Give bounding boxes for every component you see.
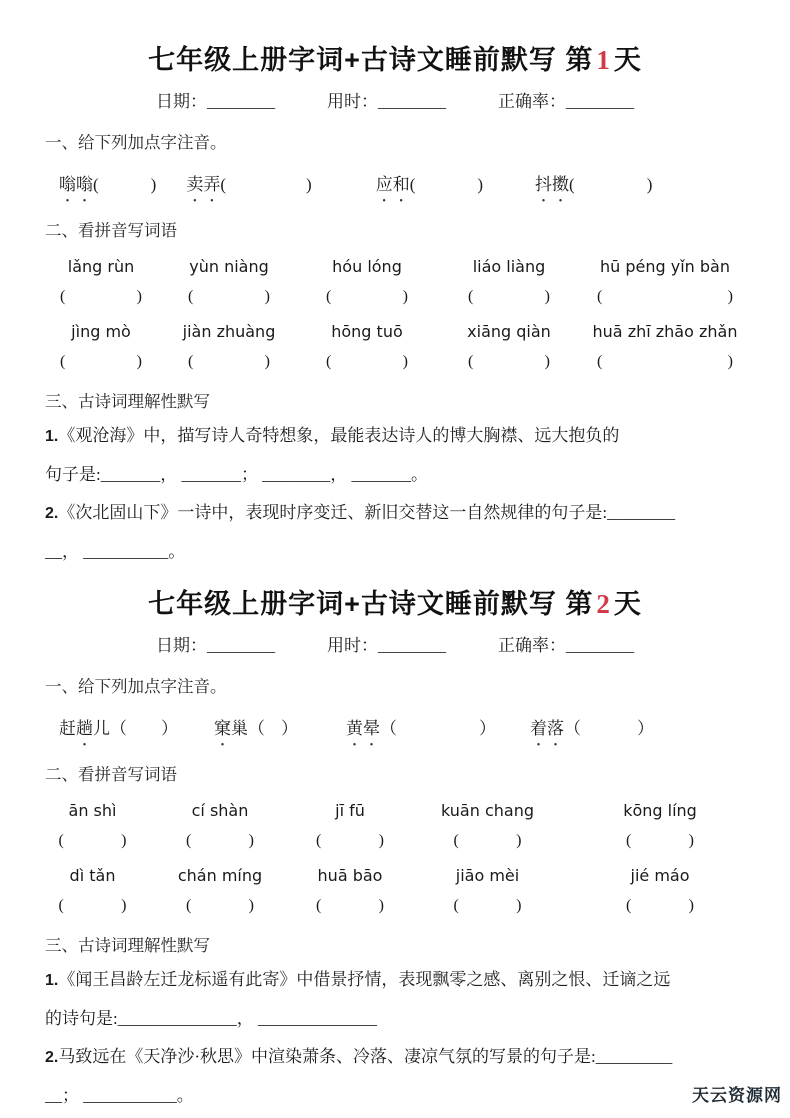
zhuyin-char: 窠: [214, 714, 231, 739]
zhuyin-char: 赶: [59, 714, 76, 739]
paren-open: (: [186, 897, 191, 915]
pinyin-word-row: jìng mòjiàn zhuànghōng tuōxiāng qiànhuā …: [45, 322, 745, 341]
pinyin-word: hóu lóng: [301, 257, 433, 276]
paren-open: (: [569, 175, 575, 194]
paren-cell: (): [575, 897, 745, 915]
question-number: 2.: [45, 505, 58, 522]
answer-blank: (): [60, 288, 142, 306]
pinyin-word: jiāo mèi: [400, 866, 575, 885]
paren-cell: (): [433, 353, 585, 371]
answer-blank: (): [468, 353, 550, 371]
paren-row: ()()()()(): [45, 897, 745, 915]
paren-close: ): [728, 353, 733, 371]
answer-blank: (): [188, 288, 270, 306]
paren-close: ): [379, 897, 384, 915]
meta-label: 用时：: [327, 636, 378, 655]
paren-close: ): [306, 175, 312, 194]
paren-close: ）: [479, 719, 496, 738]
pinyin-word: liáo liàng: [433, 257, 585, 276]
meta-item: 正确率：________: [498, 87, 634, 112]
question-text: 《次北固山下》一诗中，表现时序变迁、新旧交替这一自然规律的句子是:_______…: [58, 503, 675, 522]
meta-blank: ________: [207, 92, 275, 111]
zhuyin-char: 抖: [535, 170, 552, 195]
meta-label: 日期：: [156, 92, 207, 111]
page-title: 七年级上册字词+古诗文睡前默写 第1天: [45, 40, 745, 80]
watermark: 天云资源网: [692, 1081, 782, 1106]
answer-blank: (): [59, 832, 127, 850]
meta-label: 正确率：: [498, 636, 566, 655]
zhuyin-char: 晕: [363, 714, 380, 739]
pinyin-area: lǎng rùnyùn niànghóu lóngliáo liànghū pé…: [45, 257, 745, 371]
title-prefix: 七年级上册字词+古诗文睡前默写 第: [148, 45, 593, 75]
paren-cell: (): [45, 353, 157, 371]
zhuyin-item: 卖弄(): [186, 170, 311, 200]
paren-open: （: [248, 719, 265, 738]
meta-label: 用时：: [327, 92, 378, 111]
question-line: 1.《闻王昌龄左迁龙标遥有此寄》中借景抒情，表现飘零之感、离别之恨、迁谪之远: [45, 962, 745, 999]
question-text: 《观沧海》中，描写诗人奇特想象，最能表达诗人的博大胸襟、远大抱负的: [58, 426, 619, 445]
answer-blank: (): [454, 897, 522, 915]
zhuyin-item: 窠巢（）: [214, 714, 298, 744]
paren-close: ): [137, 288, 142, 306]
question-text: 马致远在《天净沙·秋思》中渲染萧条、冷落、凄凉气氛的写景的句子是:_______…: [58, 1047, 672, 1066]
answer-blank: (): [597, 288, 733, 306]
paren-close: ): [121, 832, 126, 850]
paren-close: ): [151, 175, 157, 194]
pinyin-word: lǎng rùn: [45, 257, 157, 276]
paren-cell: (): [400, 832, 575, 850]
zhuyin-row: 赶趟儿（）窠巢（）黄晕（）着落（）: [45, 714, 745, 744]
answer-blank: (): [454, 832, 522, 850]
paren-cell: (): [585, 353, 745, 371]
paren-open: (: [186, 832, 191, 850]
pinyin-word: xiāng qiàn: [433, 322, 585, 341]
meta-row: 日期：________用时：________正确率：________: [45, 631, 745, 656]
section2-heading: 二、看拼音写词语: [45, 761, 745, 785]
paren-close: ): [545, 353, 550, 371]
paren-cell: (): [575, 832, 745, 850]
paren-close: ）: [637, 719, 654, 738]
pinyin-word-row: lǎng rùnyùn niànghóu lóngliáo liànghū pé…: [45, 257, 745, 276]
question-number: 1.: [45, 972, 58, 989]
answer-blank: (): [316, 832, 384, 850]
pinyin-word: yùn niàng: [157, 257, 301, 276]
meta-label: 正确率：: [498, 92, 566, 111]
zhuyin-char: 巢: [231, 714, 248, 739]
zhuyin-item: 抖擞(): [535, 170, 652, 200]
zhuyin-char: 弄: [203, 170, 220, 195]
paren-open: (: [597, 353, 602, 371]
question-continuation: 句子是:_______， _______； ________， _______。: [45, 455, 745, 495]
paren-close: ): [137, 353, 142, 371]
paren-open: (: [60, 353, 65, 371]
title-day-number: 1: [593, 45, 614, 75]
paren-cell: (): [433, 288, 585, 306]
paren-open: (: [316, 832, 321, 850]
paren-open: (: [626, 897, 631, 915]
paren-open: (: [326, 353, 331, 371]
zhuyin-char: 趟: [76, 714, 93, 739]
questions: 1.《观沧海》中，描写诗人奇特想象，最能表达诗人的博大胸襟、远大抱负的句子是:_…: [45, 418, 745, 572]
paren-open: (: [626, 832, 631, 850]
paren-open: (: [597, 288, 602, 306]
question-continuation: __； ___________。: [45, 1076, 745, 1116]
paren-cell: (): [45, 897, 140, 915]
meta-blank: ________: [378, 636, 446, 655]
meta-item: 用时：________: [327, 87, 446, 112]
paren-open: (: [220, 175, 226, 194]
pinyin-word: dì tǎn: [45, 866, 140, 885]
zhuyin-char: 着: [530, 714, 547, 739]
paren-close: ): [403, 288, 408, 306]
paren-cell: (): [157, 288, 301, 306]
pinyin-word: chán míng: [140, 866, 300, 885]
answer-blank: (): [326, 353, 408, 371]
pinyin-word: cí shàn: [140, 801, 300, 820]
title-day-number: 2: [593, 589, 614, 619]
paren-open: (: [93, 175, 99, 194]
paren-close: ）: [281, 719, 298, 738]
title-suffix: 天: [614, 45, 642, 75]
paren-close: ): [249, 832, 254, 850]
meta-blank: ________: [566, 92, 634, 111]
pinyin-word: huā bāo: [300, 866, 400, 885]
zhuyin-item: 着落（）: [530, 714, 654, 744]
zhuyin-item: 黄晕（）: [346, 714, 496, 744]
paren-open: (: [59, 897, 64, 915]
zhuyin-item: 嗡嗡(): [59, 170, 156, 200]
paren-close: ): [379, 832, 384, 850]
paren-close: ): [403, 353, 408, 371]
paren-open: (: [188, 288, 193, 306]
pinyin-word: kuān chang: [400, 801, 575, 820]
section1-heading: 一、给下列加点字注音。: [45, 673, 745, 697]
answer-blank: (): [468, 288, 550, 306]
answer-blank: (): [188, 353, 270, 371]
paren-open: （: [110, 719, 127, 738]
section3-heading: 三、古诗词理解性默写: [45, 932, 745, 956]
paren-cell: (): [300, 897, 400, 915]
paren-open: (: [316, 897, 321, 915]
paren-cell: (): [400, 897, 575, 915]
paren-open: (: [468, 353, 473, 371]
pinyin-word: ān shì: [45, 801, 140, 820]
answer-blank: (): [186, 897, 254, 915]
pinyin-word-row: dì tǎnchán mínghuā bāojiāo mèijié máo: [45, 866, 745, 885]
day-section: 七年级上册字词+古诗文睡前默写 第2天 日期：________用时：______…: [45, 584, 745, 1116]
answer-blank: (): [316, 897, 384, 915]
section2-heading: 二、看拼音写词语: [45, 217, 745, 241]
title-suffix: 天: [614, 589, 642, 619]
zhuyin-char: 落: [547, 714, 564, 739]
section3-heading: 三、古诗词理解性默写: [45, 388, 745, 412]
meta-item: 日期：________: [156, 87, 275, 112]
paren-open: (: [454, 832, 459, 850]
paren-close: ): [121, 897, 126, 915]
pinyin-area: ān shìcí shànjī fūkuān changkōng líng()(…: [45, 801, 745, 915]
pinyin-word: jī fū: [300, 801, 400, 820]
answer-blank: (): [326, 288, 408, 306]
meta-blank: ________: [207, 636, 275, 655]
question-number: 2.: [45, 1049, 58, 1066]
answer-blank: (): [626, 897, 694, 915]
pinyin-word: jiàn zhuàng: [157, 322, 301, 341]
paren-open: (: [410, 175, 416, 194]
paren-close: ): [516, 832, 521, 850]
days-container: 七年级上册字词+古诗文睡前默写 第1天 日期：________用时：______…: [45, 40, 745, 1116]
paren-close: ): [516, 897, 521, 915]
answer-blank: (): [60, 353, 142, 371]
paren-open: (: [326, 288, 331, 306]
day-section: 七年级上册字词+古诗文睡前默写 第1天 日期：________用时：______…: [45, 40, 745, 572]
answer-blank: (): [597, 353, 733, 371]
zhuyin-char: 儿: [93, 714, 110, 739]
paren-close: ): [689, 897, 694, 915]
question-line: 2.《次北固山下》一诗中，表现时序变迁、新旧交替这一自然规律的句子是:_____…: [45, 495, 745, 532]
paren-open: (: [59, 832, 64, 850]
paren-cell: (): [301, 353, 433, 371]
paren-close: ): [477, 175, 483, 194]
pinyin-word: huā zhī zhāo zhǎn: [585, 322, 745, 341]
paren-cell: (): [300, 832, 400, 850]
questions: 1.《闻王昌龄左迁龙标遥有此寄》中借景抒情，表现飘零之感、离别之恨、迁谪之远的诗…: [45, 962, 745, 1116]
section1-heading: 一、给下列加点字注音。: [45, 129, 745, 153]
question-continuation: __， __________。: [45, 532, 745, 572]
paren-cell: (): [140, 832, 300, 850]
paren-cell: (): [45, 832, 140, 850]
paren-open: （: [564, 719, 581, 738]
meta-blank: ________: [566, 636, 634, 655]
paren-row: ()()()()(): [45, 288, 745, 306]
zhuyin-char: 黄: [346, 714, 363, 739]
question-line: 1.《观沧海》中，描写诗人奇特想象，最能表达诗人的博大胸襟、远大抱负的: [45, 418, 745, 455]
answer-blank: (): [59, 897, 127, 915]
worksheet-page: 七年级上册字词+古诗文睡前默写 第1天 日期：________用时：______…: [0, 0, 790, 1116]
answer-blank: (): [626, 832, 694, 850]
paren-cell: (): [157, 353, 301, 371]
meta-item: 日期：________: [156, 631, 275, 656]
zhuyin-char: 嗡: [59, 170, 76, 195]
paren-row: ()()()()(): [45, 353, 745, 371]
pinyin-word: jié máo: [575, 866, 745, 885]
pinyin-word: jìng mò: [45, 322, 157, 341]
meta-row: 日期：________用时：________正确率：________: [45, 87, 745, 112]
paren-open: （: [380, 719, 397, 738]
paren-close: ): [249, 897, 254, 915]
paren-row: ()()()()(): [45, 832, 745, 850]
zhuyin-char: 应: [376, 170, 393, 195]
paren-open: (: [60, 288, 65, 306]
paren-open: (: [468, 288, 473, 306]
zhuyin-char: 嗡: [76, 170, 93, 195]
question-continuation: 的诗句是:______________， ______________: [45, 999, 745, 1039]
pinyin-word: kōng líng: [575, 801, 745, 820]
paren-close: ）: [161, 719, 178, 738]
page-title: 七年级上册字词+古诗文睡前默写 第2天: [45, 584, 745, 624]
meta-item: 正确率：________: [498, 631, 634, 656]
paren-open: (: [454, 897, 459, 915]
paren-open: (: [188, 353, 193, 371]
question-number: 1.: [45, 428, 58, 445]
answer-blank: (): [186, 832, 254, 850]
paren-close: ): [728, 288, 733, 306]
zhuyin-row: 嗡嗡()卖弄()应和()抖擞(): [45, 170, 745, 200]
zhuyin-item: 赶趟儿（）: [59, 714, 178, 744]
title-prefix: 七年级上册字词+古诗文睡前默写 第: [148, 589, 593, 619]
paren-cell: (): [140, 897, 300, 915]
paren-cell: (): [585, 288, 745, 306]
pinyin-word: hū péng yǐn bàn: [585, 257, 745, 276]
paren-cell: (): [45, 288, 157, 306]
paren-close: ): [265, 353, 270, 371]
paren-close: ): [265, 288, 270, 306]
paren-close: ): [545, 288, 550, 306]
meta-label: 日期：: [156, 636, 207, 655]
paren-close: ): [647, 175, 653, 194]
zhuyin-item: 应和(): [376, 170, 483, 200]
zhuyin-char: 和: [393, 170, 410, 195]
paren-close: ): [689, 832, 694, 850]
pinyin-word-row: ān shìcí shànjī fūkuān changkōng líng: [45, 801, 745, 820]
paren-cell: (): [301, 288, 433, 306]
question-text: 《闻王昌龄左迁龙标遥有此寄》中借景抒情，表现飘零之感、离别之恨、迁谪之远: [58, 970, 670, 989]
meta-item: 用时：________: [327, 631, 446, 656]
zhuyin-char: 擞: [552, 170, 569, 195]
zhuyin-char: 卖: [186, 170, 203, 195]
meta-blank: ________: [378, 92, 446, 111]
pinyin-word: hōng tuō: [301, 322, 433, 341]
question-line: 2.马致远在《天净沙·秋思》中渲染萧条、冷落、凄凉气氛的写景的句子是:_____…: [45, 1039, 745, 1076]
